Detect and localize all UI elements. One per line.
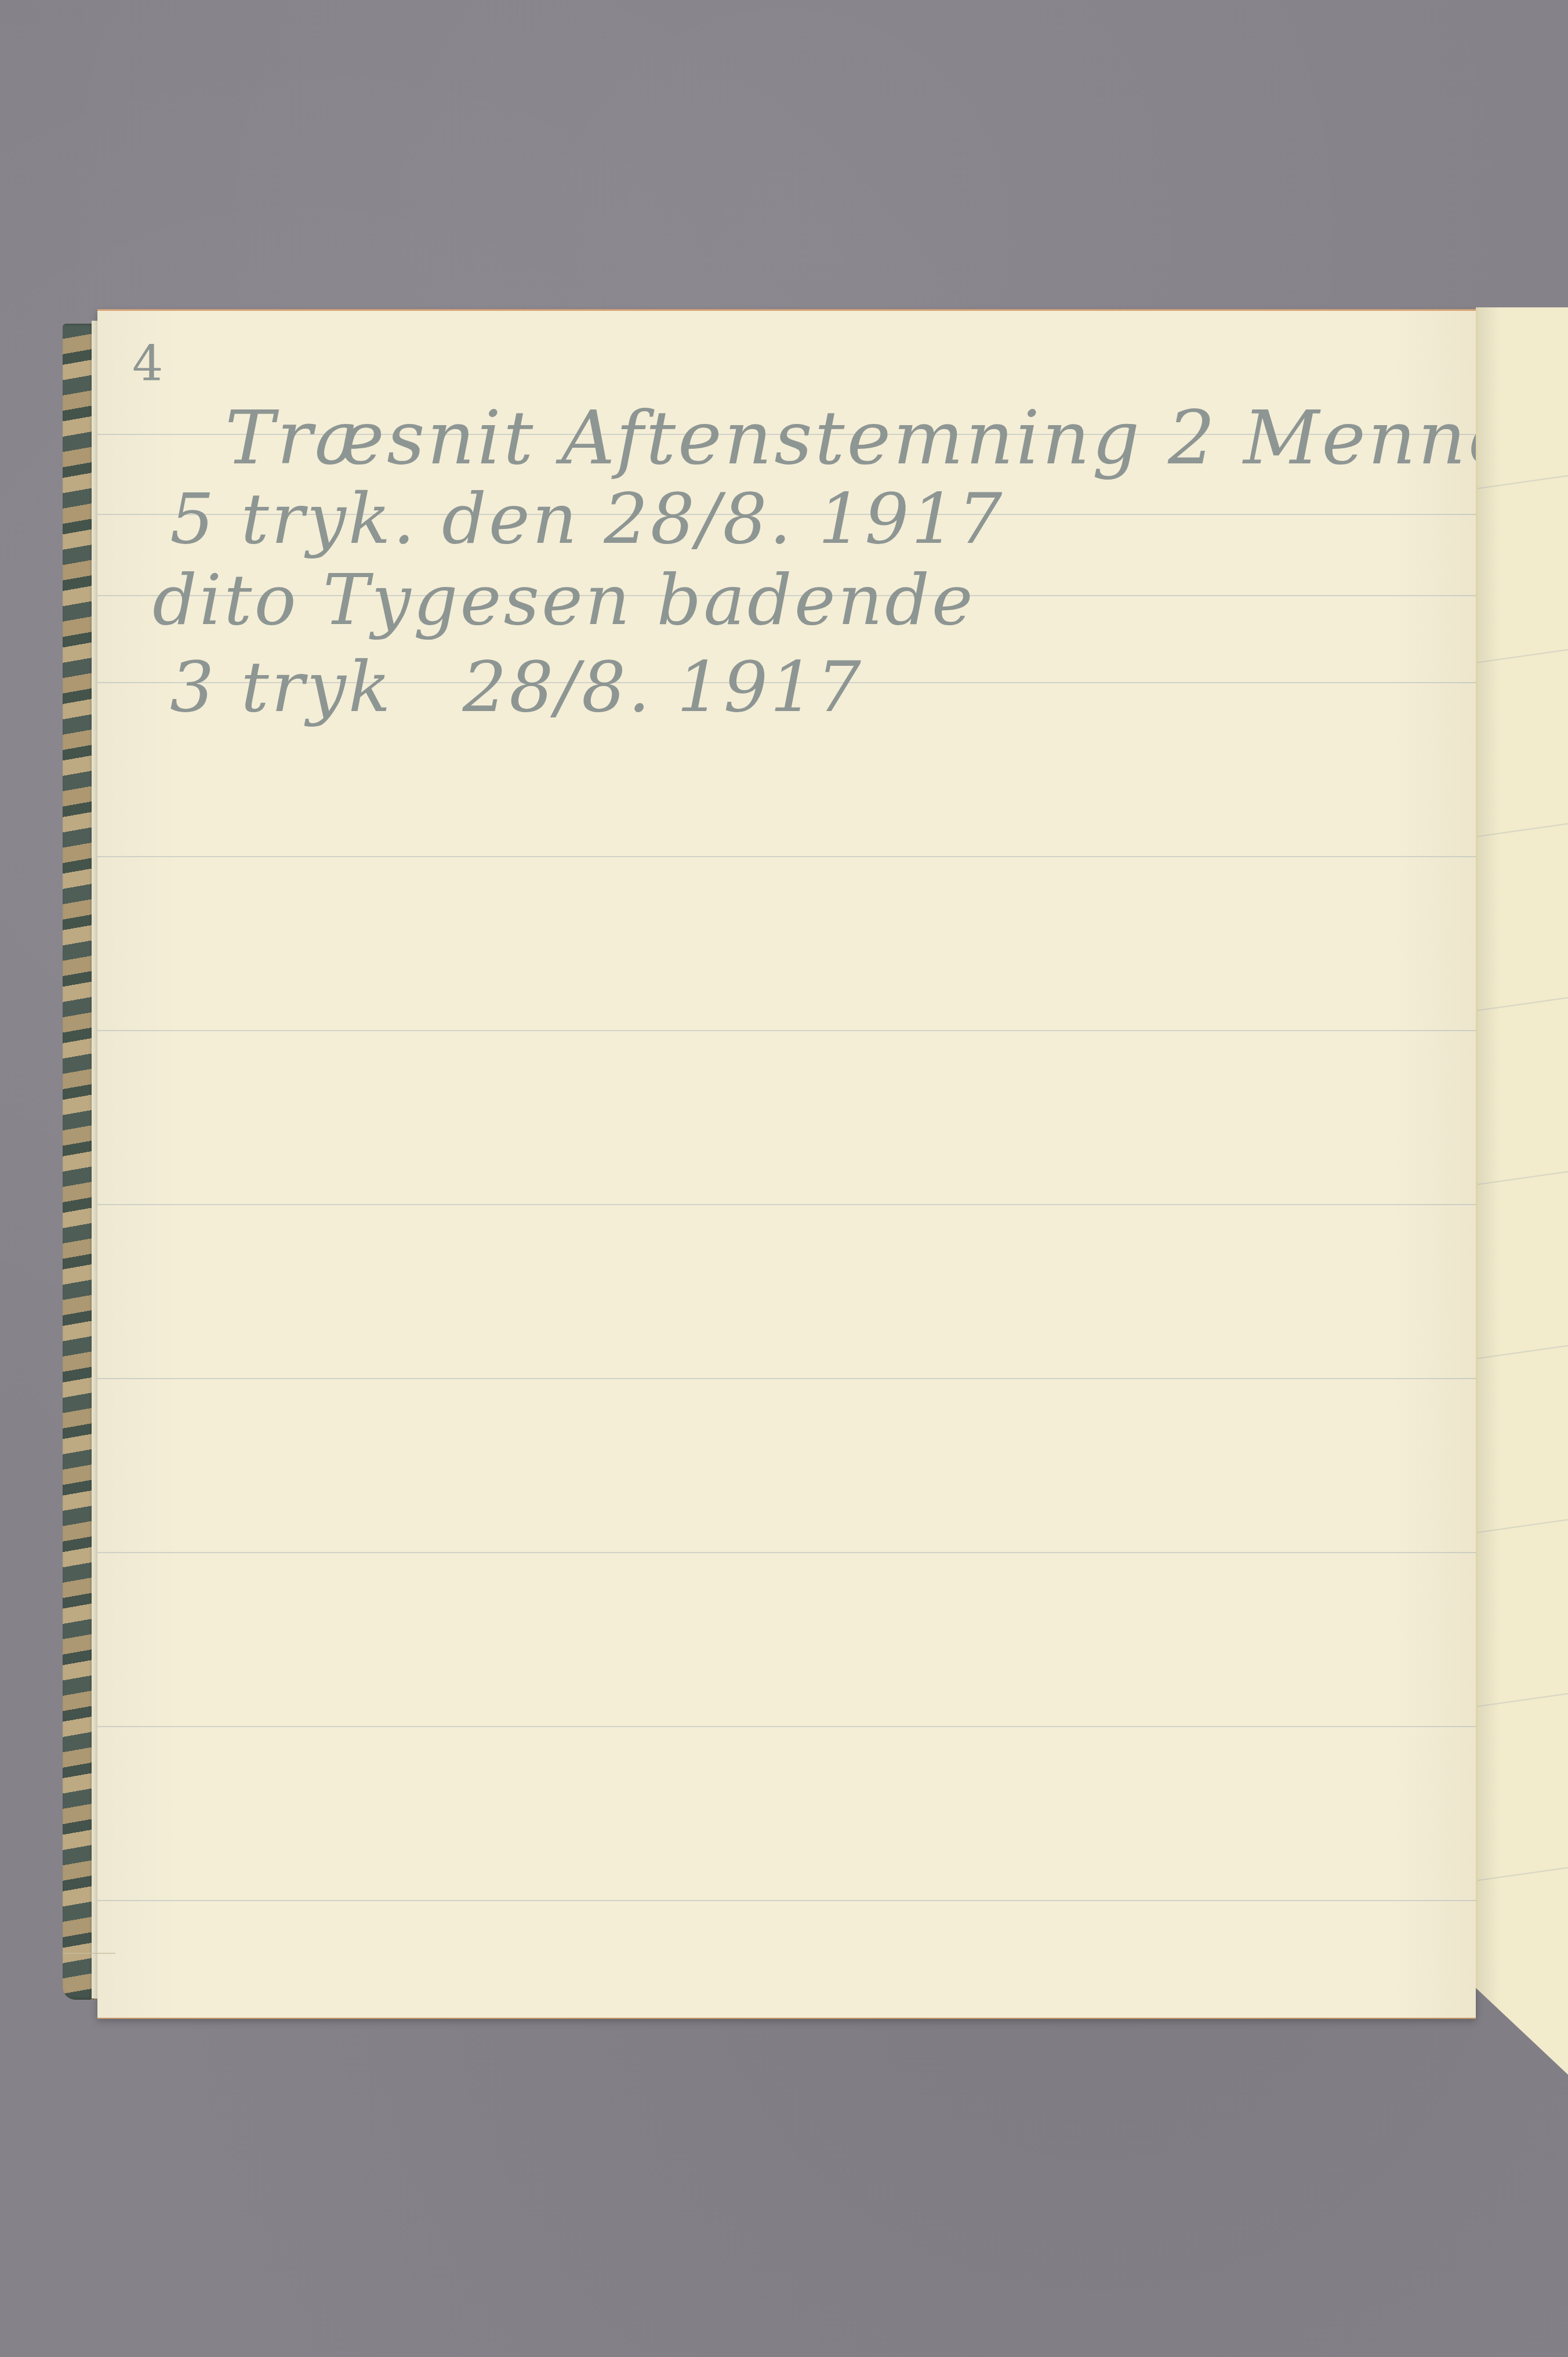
ruled-line xyxy=(1478,1519,1568,1533)
page-number: 4 xyxy=(132,335,165,392)
ruled-line xyxy=(1478,1345,1568,1359)
handwritten-line-3: dito Tygesen badende xyxy=(153,560,975,641)
ruled-line xyxy=(1478,649,1568,663)
print-date: 28/8. 1917 xyxy=(463,647,863,728)
handwritten-line-2: 5 tryk. den 28/8. 1917 xyxy=(170,479,1004,560)
ruled-line xyxy=(1478,997,1568,1011)
ruled-line xyxy=(1478,475,1568,489)
ruled-line xyxy=(1478,1867,1568,1881)
ruled-line xyxy=(97,1378,1476,1379)
ruled-line xyxy=(97,1204,1476,1205)
ruled-line xyxy=(1478,823,1568,837)
marbled-spine xyxy=(63,324,95,2000)
ruled-line xyxy=(1478,1171,1568,1185)
ruled-line xyxy=(1478,1693,1568,1707)
ruled-line xyxy=(97,1030,1476,1031)
facing-page xyxy=(1476,307,1568,2076)
handwritten-line-1: Træsnit Aftenstemning 2 Mennesker xyxy=(225,395,1568,481)
ruled-line xyxy=(97,1552,1476,1553)
ruled-line xyxy=(97,856,1476,857)
handwritten-line-4: 3 tryk28/8. 1917 xyxy=(170,647,863,728)
print-count: 3 tryk xyxy=(170,647,393,728)
ruled-line xyxy=(97,1726,1476,1727)
ruled-line xyxy=(97,1900,1476,1901)
notebook-page: 4 Træsnit Aftenstemning 2 Mennesker 5 tr… xyxy=(97,309,1476,2018)
